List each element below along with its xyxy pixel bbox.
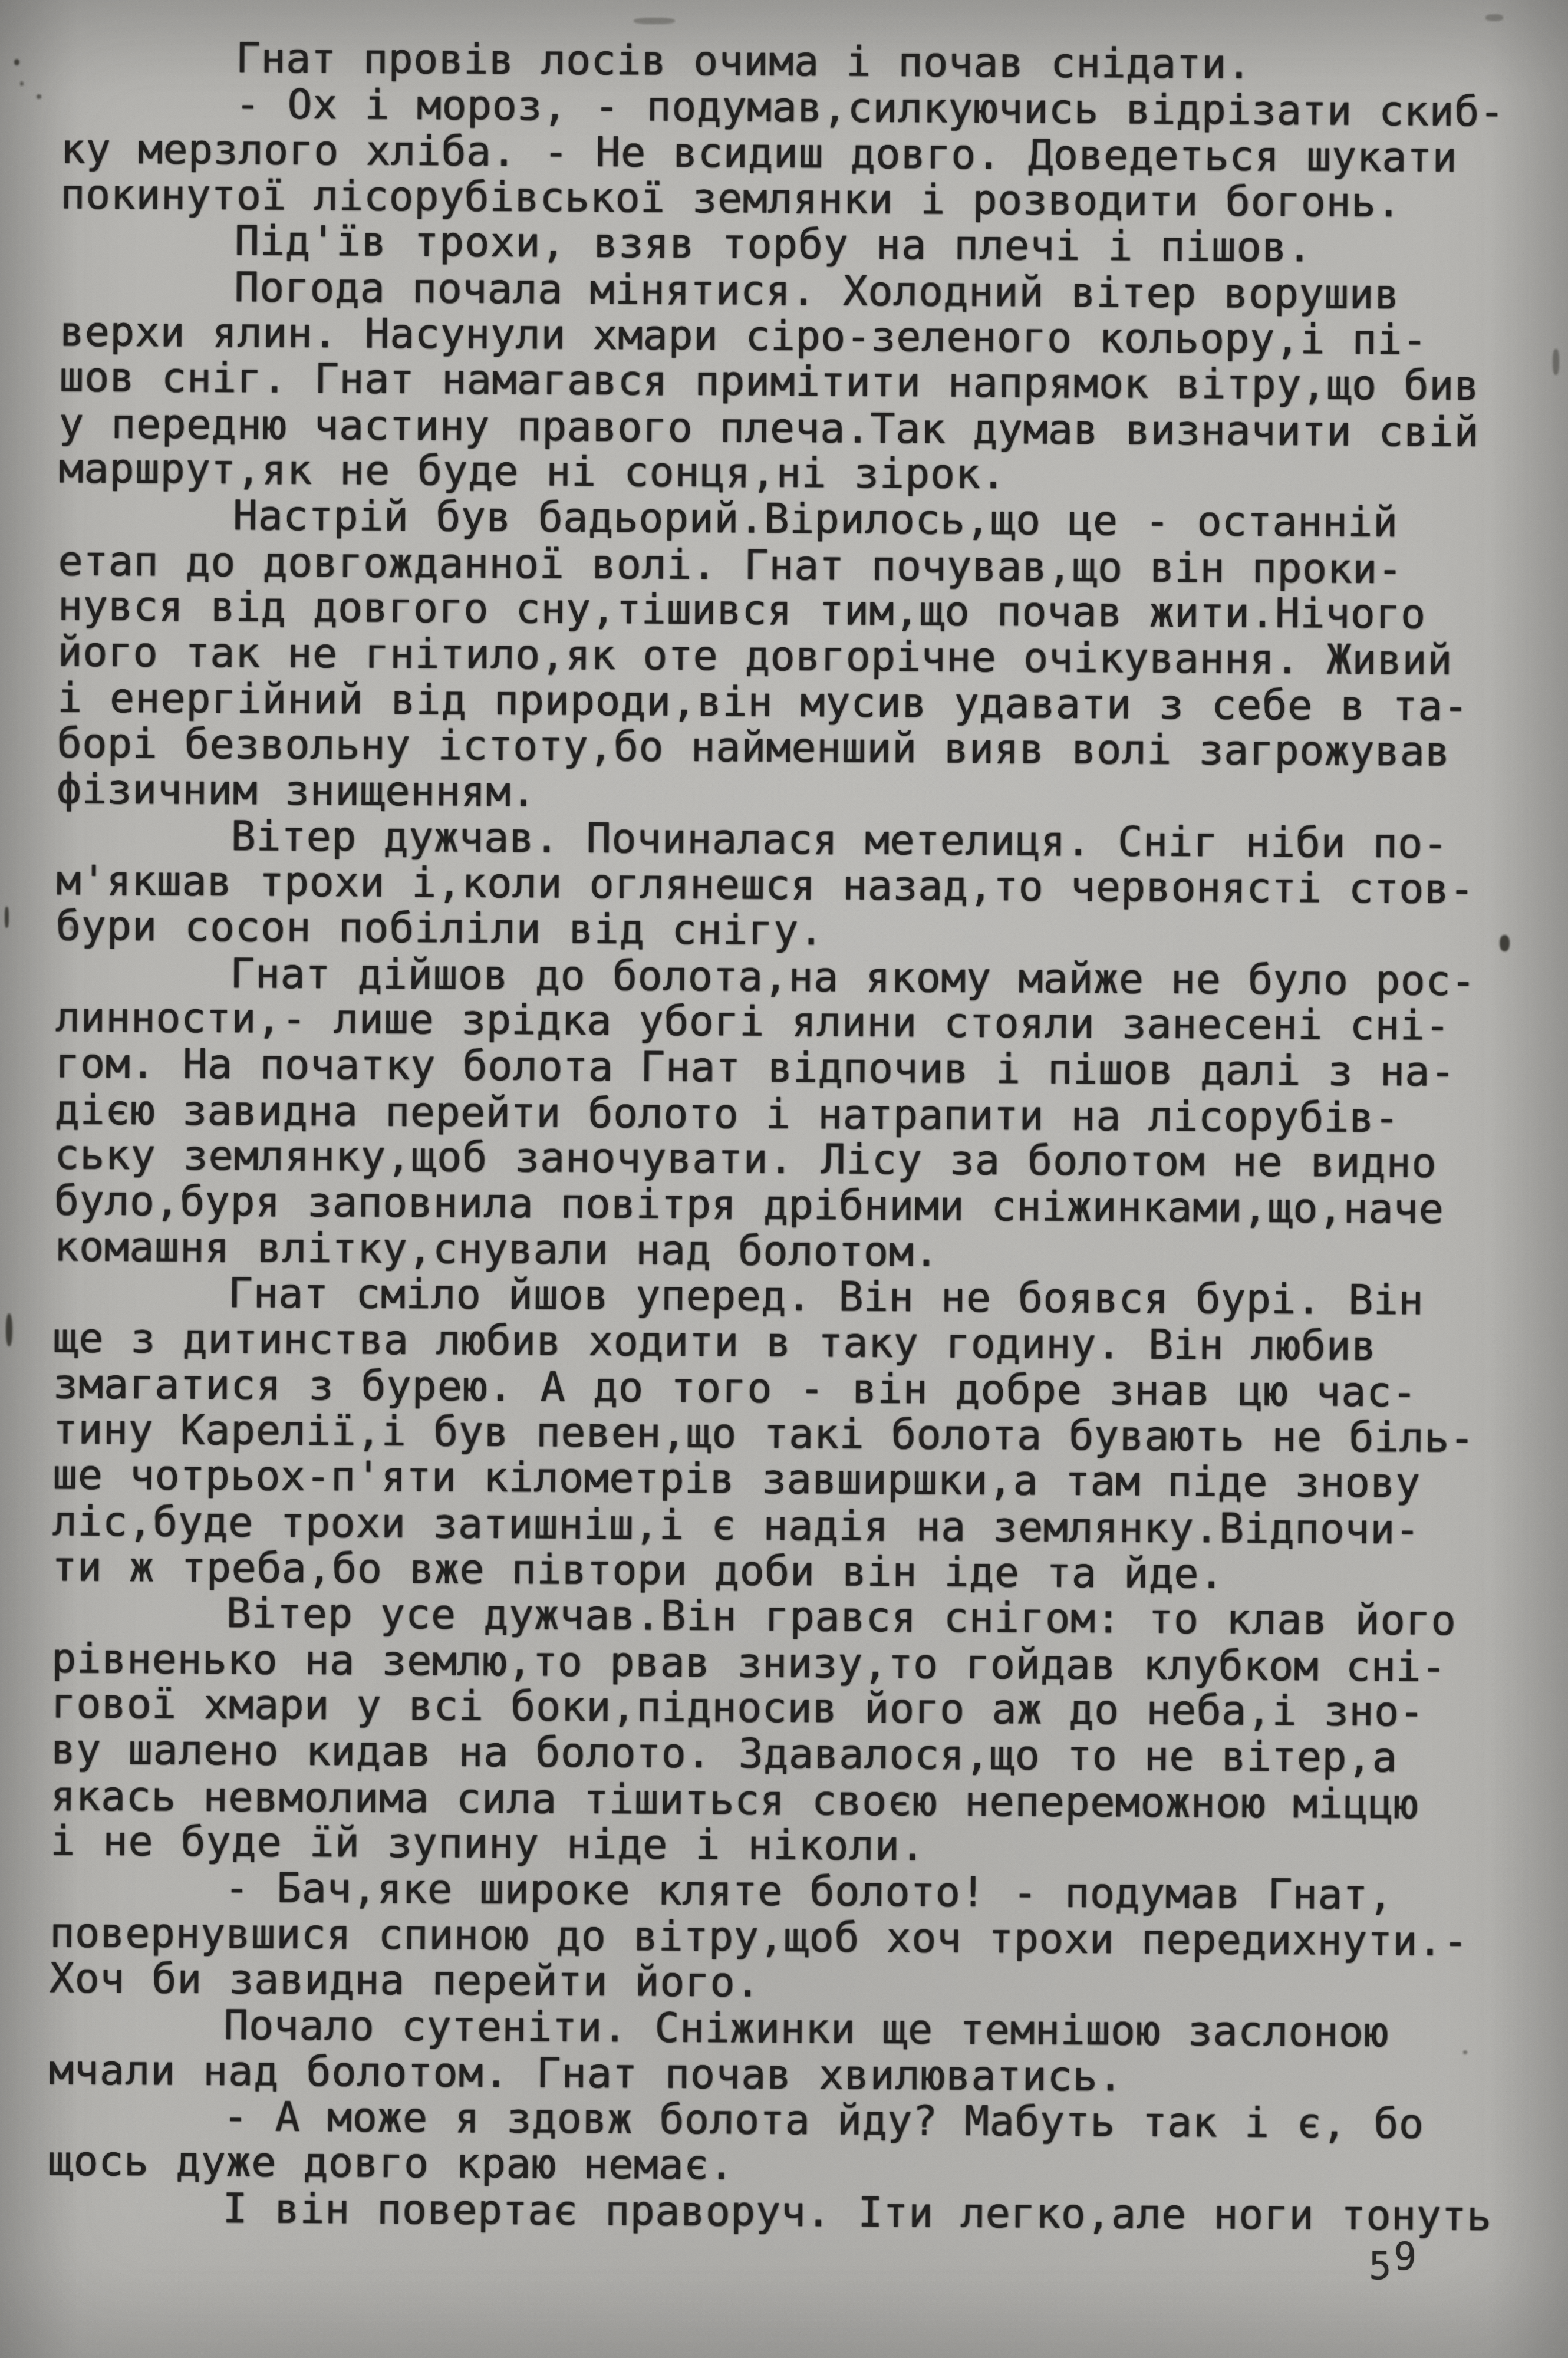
text-line: Вітер дужчав. Починалася метелиця. Сніг … <box>56 812 1518 867</box>
page-text-block: Гнат провів лосів очима і почав снідати.… <box>48 34 1523 2239</box>
ink-blot <box>6 1313 12 1346</box>
text-line: у передню частину правого плеча.Так дума… <box>59 401 1521 456</box>
ink-speck <box>37 94 41 99</box>
scanned-page: Гнат провів лосів очима і почав снідати.… <box>0 0 1568 2358</box>
text-line: і енергійний від природи,він мусив удава… <box>57 676 1519 730</box>
text-line: якась невмолима сила тішиться своєю непе… <box>51 1773 1513 1828</box>
ink-speck <box>14 59 19 65</box>
text-line: етап до довгожданної волі. Гнат почував,… <box>58 538 1520 593</box>
text-line: повернувшися спиною до вітру,щоб хоч тро… <box>50 1911 1511 1965</box>
ink-speck <box>20 81 24 86</box>
page-number-digit-1: 5 <box>1369 2245 1394 2288</box>
page-number-digit-2: 9 <box>1394 2235 1419 2279</box>
text-line: ліс,буде трохи затишніш,і є надія на зем… <box>52 1499 1514 1553</box>
text-line: рівненько на землю,то рвав знизу,то гойд… <box>51 1636 1513 1691</box>
text-line: Гнат дійшов до болота,на якому майже не … <box>55 950 1517 1005</box>
ink-streak <box>1553 349 1559 375</box>
text-line: комашня влітку,снували над болотом. <box>54 1224 1516 1279</box>
text-line: змагатися з бурею. А до того - він добре… <box>53 1362 1515 1417</box>
page-number: 59 <box>1369 2245 1419 2288</box>
ink-streak <box>5 907 9 928</box>
text-line: ку мерзлого хліба. - Не всидиш довго. До… <box>61 127 1523 182</box>
text-line: мчали над болотом. Гнат почав хвилюватис… <box>49 2047 1511 2102</box>
text-line: Погода почала мінятися. Холодний вітер в… <box>60 264 1521 318</box>
text-line: дією завидна перейти болото і натрапити … <box>55 1087 1517 1142</box>
ink-speck <box>1485 14 1503 21</box>
text-line: І він повертає праворуч. Іти легко,але н… <box>48 2185 1510 2240</box>
ink-smudge <box>634 18 675 24</box>
